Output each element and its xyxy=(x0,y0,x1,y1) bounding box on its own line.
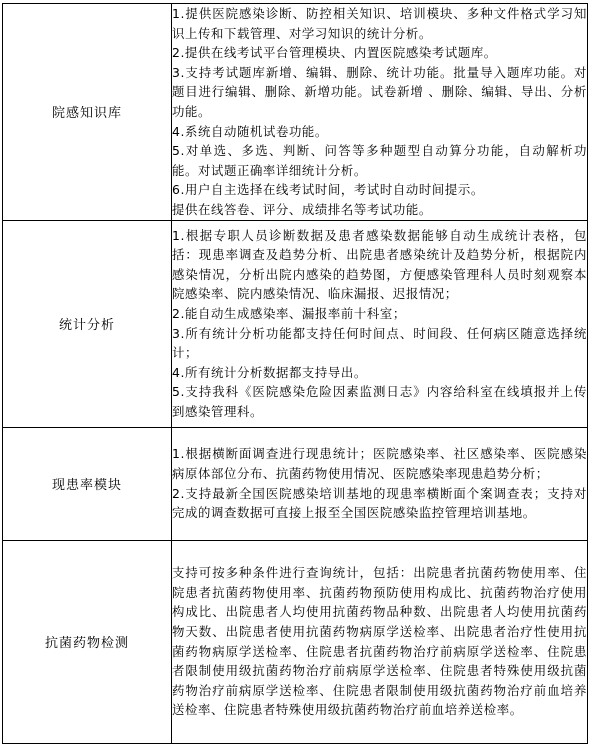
content-item: 3.支持考试题库新增、编辑、删除、统计功能。批量导入题库功能。对题目进行编辑、删… xyxy=(172,63,587,122)
content-item: 1.根据横断面调查进行现患统计；医院感染率、社区感染率、医院感染病原体部位分布、… xyxy=(172,444,587,483)
row-label: 统计分析 xyxy=(3,220,172,427)
content-item: 1.提供医院感染诊断、防控相关知识、培训模块、多种文件格式学习知识上传和下载管理… xyxy=(172,4,587,43)
content-item: 3.所有统计分析功能都支持任何时间点、时间段、任何病区随意选择统计； xyxy=(172,324,587,363)
content-item: 5.对单选、多选、判断、问答等多种题型自动算分功能，自动解析功能。对试题正确率详… xyxy=(172,141,587,180)
row-label: 院感知识库 xyxy=(3,4,172,221)
content-item: 4.系统自动随机试卷功能。 xyxy=(172,122,587,142)
table-row-antibiotics: 抗菌药物检测 支持可按多种条件进行查询统计，包括：出院患者抗菌药物使用率、住院患… xyxy=(3,540,588,743)
table-row-statistics: 统计分析 1.根据专职人员诊断数据及患者感染数据能够自动生成统计表格，包括：现患… xyxy=(3,220,588,427)
row-content: 1.提供医院感染诊断、防控相关知识、培训模块、多种文件格式学习知识上传和下载管理… xyxy=(172,4,588,221)
content-item: 6.用户自主选择在线考试时间，考试时自动时间提示。 xyxy=(172,180,587,200)
content-item: 1.根据专职人员诊断数据及患者感染数据能够自动生成统计表格，包括：现患率调查及趋… xyxy=(172,226,587,304)
table-row-knowledge-base: 院感知识库 1.提供医院感染诊断、防控相关知识、培训模块、多种文件格式学习知识上… xyxy=(3,4,588,221)
content-item: 4.所有统计分析数据都支持导出。 xyxy=(172,363,587,383)
content-item: 5.支持我科《医院感染危险因素监测日志》内容给科室在线填报并上传到感染管理科。 xyxy=(172,382,587,421)
content-item: 2.提供在线考试平台管理模块、内置医院感染考试题库。 xyxy=(172,43,587,63)
content-item: 2.能自动生成感染率、漏报率前十科室； xyxy=(172,304,587,324)
table-row-prevalence: 现患率模块 1.根据横断面调查进行现患统计；医院感染率、社区感染率、医院感染病原… xyxy=(3,427,588,540)
row-content: 1.根据横断面调查进行现患统计；医院感染率、社区感染率、医院感染病原体部位分布、… xyxy=(172,427,588,540)
content-item: 2.支持最新全国医院感染培训基地的现患率横断面个案调查表；支持对完成的调查数据可… xyxy=(172,484,587,523)
feature-spec-table: 院感知识库 1.提供医院感染诊断、防控相关知识、培训模块、多种文件格式学习知识上… xyxy=(2,3,588,744)
row-label: 抗菌药物检测 xyxy=(3,540,172,743)
content-item: 提供在线答卷、评分、成绩排名等考试功能。 xyxy=(172,200,587,220)
row-label: 现患率模块 xyxy=(3,427,172,540)
content-item: 支持可按多种条件进行查询统计，包括：出院患者抗菌药物使用率、住院患者抗菌药物使用… xyxy=(172,563,587,720)
row-content: 1.根据专职人员诊断数据及患者感染数据能够自动生成统计表格，包括：现患率调查及趋… xyxy=(172,220,588,427)
row-content: 支持可按多种条件进行查询统计，包括：出院患者抗菌药物使用率、住院患者抗菌药物使用… xyxy=(172,540,588,743)
